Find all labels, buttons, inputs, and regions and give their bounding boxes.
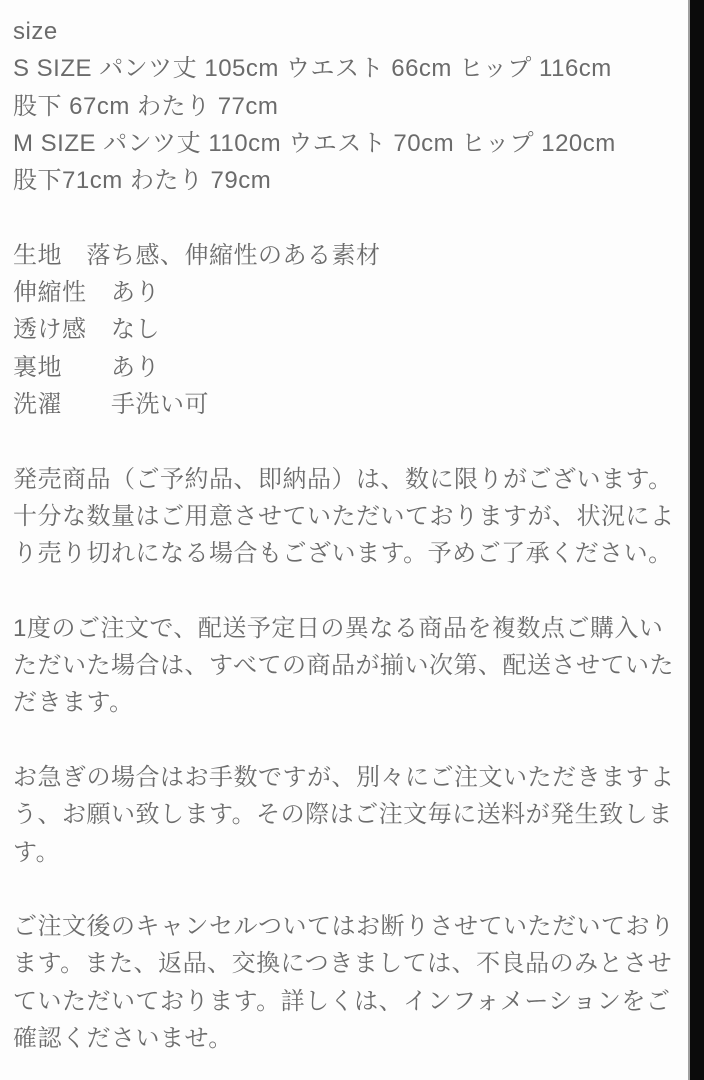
notice-line: ただいた場合は、すべての商品が揃い次第、配送させていた xyxy=(13,647,668,684)
size-line-m-detail: 股下71cm わたり 79cm xyxy=(13,162,668,199)
notice-line: 確認くださいませ。 xyxy=(13,1020,668,1057)
notice-line: す。 xyxy=(13,834,668,871)
size-line-m: M SIZE パンツ丈 110cm ウエスト 70cm ヒップ 120cm xyxy=(13,125,668,162)
size-line-s-detail: 股下 67cm わたり 77cm xyxy=(13,88,668,125)
notice-line: お急ぎの場合はお手数ですが、別々にご注文いただきますよ xyxy=(13,759,668,796)
spec-line-sheerness: 透け感 なし xyxy=(13,311,668,348)
notice-paragraph-separate-orders: お急ぎの場合はお手数ですが、別々にご注文いただきますよ う、お願い致します。その… xyxy=(13,759,668,871)
notice-line: 1度のご注文で、配送予定日の異なる商品を複数点ご購入い xyxy=(13,610,668,647)
description-text: size S SIZE パンツ丈 105cm ウエスト 66cm ヒップ 116… xyxy=(13,13,668,1057)
size-line-s: S SIZE パンツ丈 105cm ウエスト 66cm ヒップ 116cm xyxy=(13,50,668,87)
notice-line: 十分な数量はご用意させていただいておりますが、状況によ xyxy=(13,498,668,535)
notice-line: う、お願い致します。その際はご注文毎に送料が発生致しま xyxy=(13,796,668,833)
notice-line: 発売商品（ご予約品、即納品）は、数に限りがございます。 xyxy=(13,461,668,498)
product-description-page: size S SIZE パンツ丈 105cm ウエスト 66cm ヒップ 116… xyxy=(0,0,704,1080)
spec-line-stretch: 伸縮性 あり xyxy=(13,274,668,311)
notice-line: ていただいております。詳しくは、インフォメーションをご xyxy=(13,983,668,1020)
notice-line: だきます。 xyxy=(13,684,668,721)
notice-line: ます。また、返品、交換につきましては、不良品のみとさせ xyxy=(13,945,668,982)
spec-line-washing: 洗濯 手洗い可 xyxy=(13,386,668,423)
notice-line: り売り切れになる場合もございます。予めご了承ください。 xyxy=(13,535,668,572)
photo-edge-black-bar xyxy=(688,0,704,1080)
notice-paragraph-stock: 発売商品（ご予約品、即納品）は、数に限りがございます。 十分な数量はご用意させて… xyxy=(13,461,668,573)
spec-line-lining: 裏地 あり xyxy=(13,349,668,386)
notice-paragraph-cancellation: ご注文後のキャンセルついてはお断りさせていただいており ます。また、返品、交換に… xyxy=(13,908,668,1057)
spec-line-fabric: 生地 落ち感、伸縮性のある素材 xyxy=(13,237,668,274)
notice-line: ご注文後のキャンセルついてはお断りさせていただいており xyxy=(13,908,668,945)
notice-paragraph-shipping: 1度のご注文で、配送予定日の異なる商品を複数点ご購入い ただいた場合は、すべての… xyxy=(13,610,668,722)
size-heading: size xyxy=(13,13,668,50)
fabric-spec-section: 生地 落ち感、伸縮性のある素材 伸縮性 あり 透け感 なし 裏地 あり 洗濯 手… xyxy=(13,237,668,423)
